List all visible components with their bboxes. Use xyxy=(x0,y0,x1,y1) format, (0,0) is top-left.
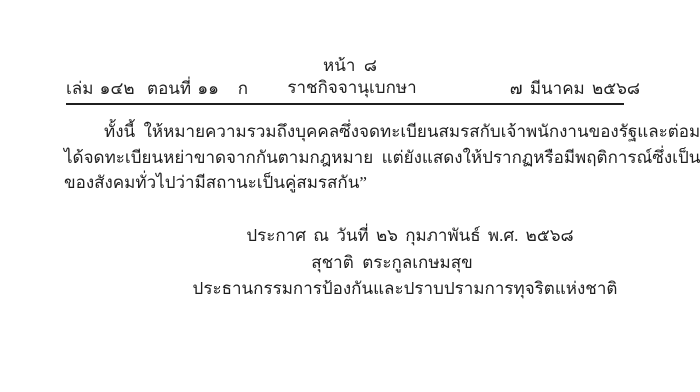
signatory-title: ประธานกรรมการป้องกันและปราบปรามการทุจริต… xyxy=(193,279,618,299)
volume-part-label: เล่ม ๑๔๒ ตอนที่ ๑๑ ก xyxy=(66,79,248,99)
body-text-line-3: ของสังคมทั่วไปว่ามีสถานะเป็นคู่สมรสกัน” xyxy=(64,173,367,193)
proclamation-date-line: ประกาศ ณ วันที่ ๒๖ กุมภาพันธ์ พ.ศ. ๒๕๖๘ xyxy=(246,226,573,246)
issue-date: ๗ มีนาคม ๒๕๖๘ xyxy=(510,79,640,99)
gazette-title: ราชกิจจานุเบกษา xyxy=(287,78,416,98)
body-text-line-2: ได้จดทะเบียนหย่าขาดจากกันตามกฎหมาย แต่ยั… xyxy=(64,148,700,168)
header-rule xyxy=(66,103,624,105)
signatory-name: สุชาติ ตระกูลเกษมสุข xyxy=(311,253,473,273)
body-text-line-1: ทั้งนี้ ให้หมายความรวมถึงบุคคลซึ่งจดทะเบ… xyxy=(104,122,700,142)
gazette-page: หน้า ๘ เล่ม ๑๔๒ ตอนที่ ๑๑ ก ราชกิจจานุเบ… xyxy=(0,0,700,392)
page-number: หน้า ๘ xyxy=(323,56,377,76)
